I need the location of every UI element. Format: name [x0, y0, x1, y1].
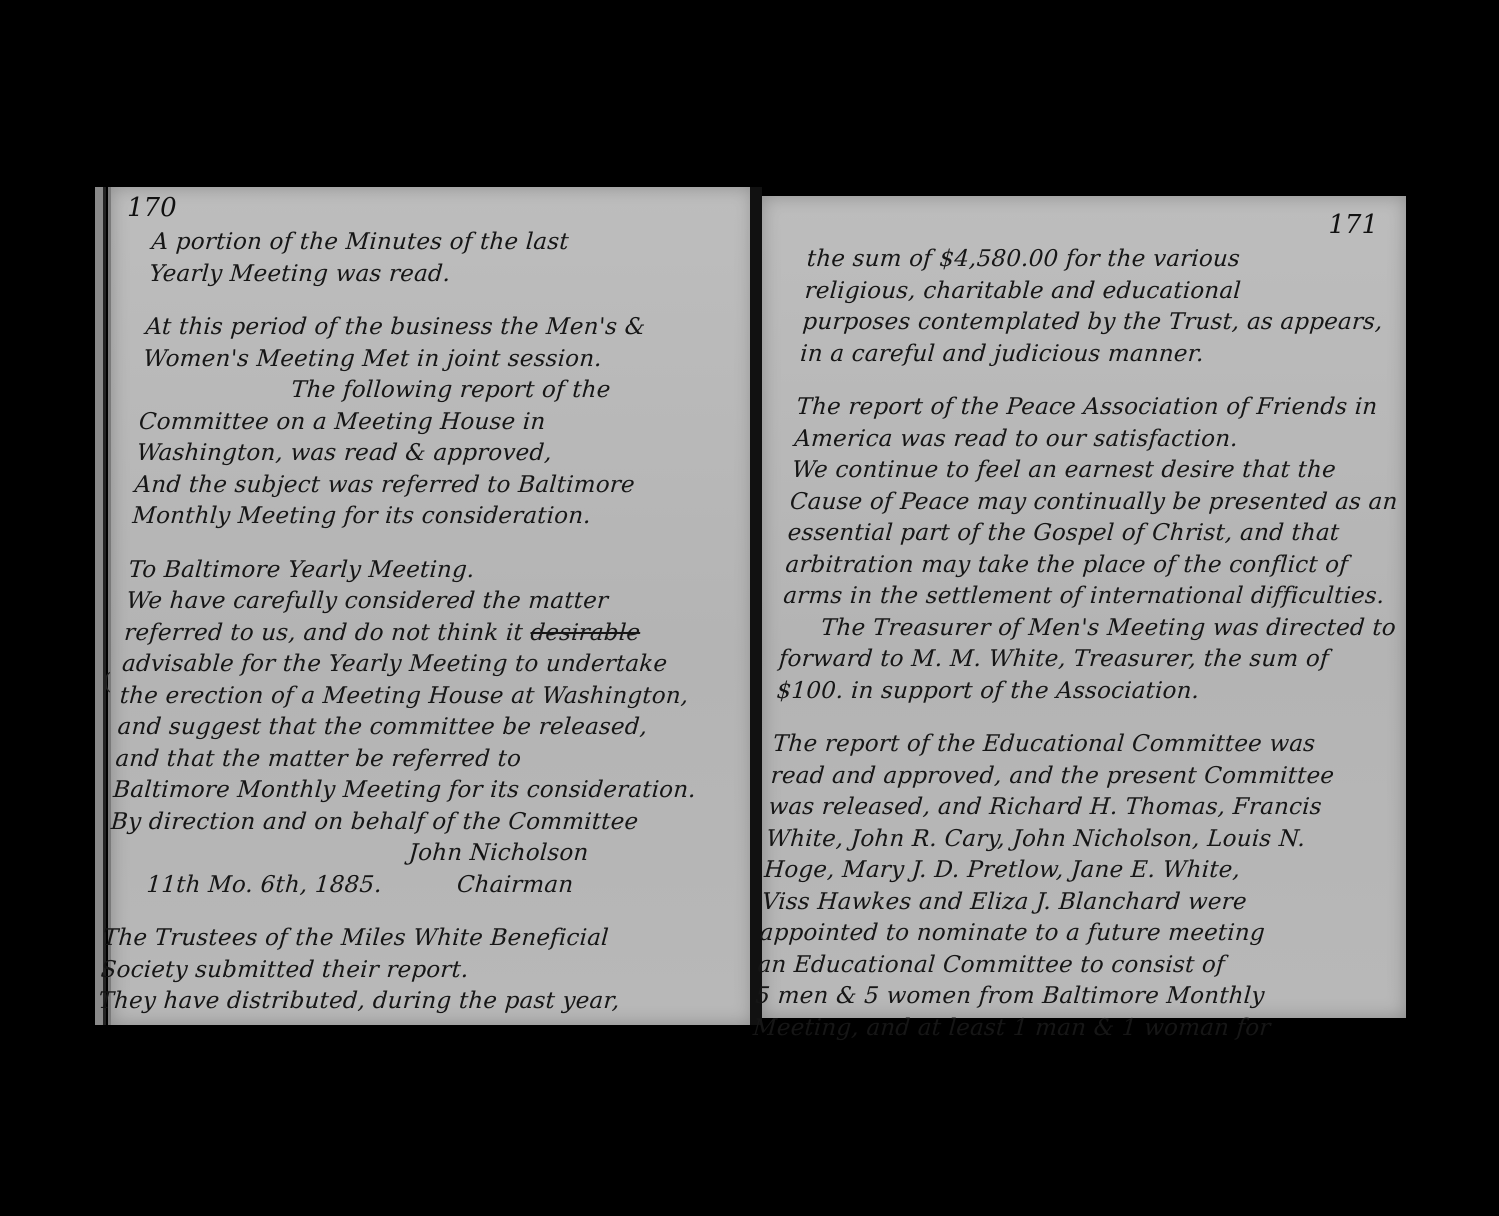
text-line: Cause of Peace may continually be presen… — [789, 487, 1407, 519]
text-line: the sum of $4,580.00 for the various — [806, 244, 1424, 276]
text-line: Committee on a Meeting House in — [138, 407, 758, 439]
date-line: 11th Mo. 6th, 1885. Chairman — [106, 870, 726, 902]
text-line: was released, and Richard H. Thomas, Fra… — [767, 792, 1385, 824]
text-line: The following report of the — [140, 375, 760, 407]
left-page: 170 ( A portion of the Minutes of the la… — [108, 187, 753, 1025]
text-line: The report of the Educational Committee … — [772, 729, 1390, 761]
struck-word: desirable — [530, 620, 642, 646]
text-line: Washington, was read & approved, — [136, 438, 756, 470]
margin-mark: ( — [103, 670, 112, 695]
book-binding-edge — [95, 187, 106, 1025]
page-number-left: 170 — [127, 193, 177, 223]
text-line: the erection of a Meeting House at Washi… — [119, 681, 739, 713]
text-line: in a careful and judicious manner. — [799, 339, 1417, 371]
text-line: Yearly Meeting was read. — [148, 259, 768, 291]
text-line: White, John R. Cary, John Nicholson, Lou… — [765, 824, 1383, 856]
text-line: forward to M. M. White, Treasurer, the s… — [778, 644, 1396, 676]
text-line: Women's Meeting Met in joint session. — [142, 344, 762, 376]
text-line: and that the matter be referred to — [114, 744, 734, 776]
text-line: read and approved, and the present Commi… — [770, 761, 1388, 793]
text-line: America was read to our satisfaction. — [793, 424, 1411, 456]
text-line: At this period of the business the Men's… — [144, 312, 764, 344]
text-line: Hoge, Mary J. D. Pretlow, Jane E. White, — [763, 855, 1381, 887]
text-line: religious, charitable and educational — [804, 276, 1422, 308]
text-line: purposes contemplated by the Trust, as a… — [801, 307, 1419, 339]
text-line: To Baltimore Yearly Meeting. — [128, 555, 748, 587]
text-line: 5 men & 5 women from Baltimore Monthly — [754, 981, 1372, 1013]
text-line: arbitration may take the place of the co… — [784, 550, 1402, 582]
text-line: essential part of the Gospel of Christ, … — [787, 518, 1405, 550]
text-line: appointed to nominate to a future meetin… — [759, 918, 1377, 950]
text-line: arms in the settlement of international … — [782, 581, 1400, 613]
text-line: referred to us, and do not think it desi… — [123, 618, 743, 650]
text-line: advisable for the Yearly Meeting to unde… — [121, 649, 741, 681]
text-line: By direction and on behalf of the Commit… — [110, 807, 730, 839]
text-line: We continue to feel an earnest desire th… — [791, 455, 1409, 487]
page-number-right: 171 — [1328, 210, 1378, 240]
right-page: 171 the sum of $4,580.00 for the various… — [762, 196, 1406, 1018]
text-line: The Trustees of the Miles White Benefici… — [102, 923, 722, 955]
text-line: Baltimore Monthly Meeting for its consid… — [112, 775, 732, 807]
text-line: They have distributed, during the past y… — [97, 986, 717, 1018]
text-line: The report of the Peace Association of F… — [795, 392, 1413, 424]
text-line: an Educational Committee to consist of — [756, 950, 1374, 982]
text-line: Society submitted their report. — [100, 955, 720, 987]
text-line: And the subject was referred to Baltimor… — [133, 470, 753, 502]
book-gutter — [750, 187, 762, 1025]
left-page-text: A portion of the Minutes of the last Yea… — [97, 227, 770, 1018]
text-line: A portion of the Minutes of the last — [150, 227, 770, 259]
text-line: $100. in support of the Association. — [776, 676, 1394, 708]
text-line: We have carefully considered the matter — [125, 586, 745, 618]
text-line: Viss Hawkes and Eliza J. Blanchard were — [761, 887, 1379, 919]
right-page-text: the sum of $4,580.00 for the various rel… — [752, 244, 1424, 1044]
signature: John Nicholson — [108, 838, 728, 870]
text-line: Meeting, and at least 1 man & 1 woman fo… — [752, 1013, 1370, 1045]
text-line: and suggest that the committee be releas… — [117, 712, 737, 744]
text-line: The Treasurer of Men's Meeting was direc… — [780, 613, 1398, 645]
text-line: Monthly Meeting for its consideration. — [131, 501, 751, 533]
